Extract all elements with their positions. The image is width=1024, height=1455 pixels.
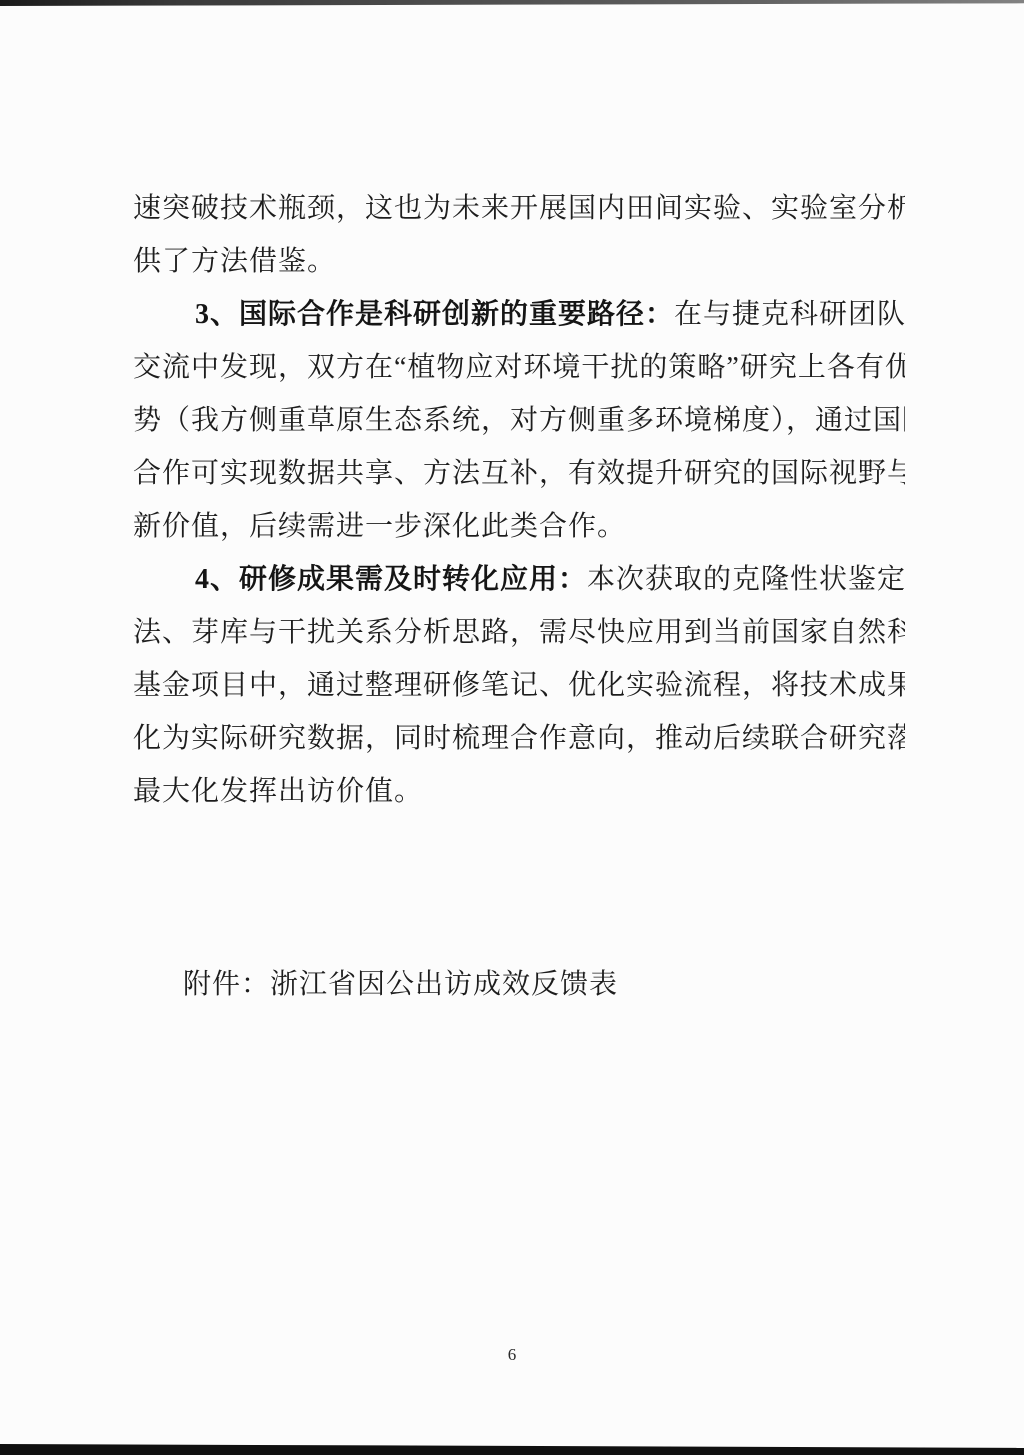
text-line: 3、国际合作是科研创新的重要路径：在与捷克科研团队的	[133, 288, 905, 341]
scan-artifact-bottom-edge	[0, 1444, 1024, 1455]
scan-artifact-top-edge	[0, 0, 1024, 6]
body-text-run: 基金项目中，通过整理研修笔记、优化实验流程，将技术成果转	[133, 670, 905, 701]
body-text-run: 供了方法借鉴。	[133, 246, 336, 277]
body-text-run: 最大化发挥出访价值。	[133, 776, 423, 807]
text-line: 势（我方侧重草原生态系统，对方侧重多环境梯度），通过国际	[133, 394, 905, 447]
body-text-run: 合作可实现数据共享、方法互补，有效提升研究的国际视野与创	[133, 458, 905, 489]
body-text-run: 在与捷克科研团队的	[674, 299, 905, 330]
text-line: 供了方法借鉴。	[133, 235, 905, 288]
text-line: 合作可实现数据共享、方法互补，有效提升研究的国际视野与创	[133, 447, 905, 500]
attachment-line: 附件：浙江省因公出访成效反馈表	[133, 958, 955, 1011]
bold-lead-text: 3、国际合作是科研创新的重要路径：	[195, 299, 674, 330]
body-text-run: 新价值，后续需进一步深化此类合作。	[133, 511, 626, 542]
text-line: 新价值，后续需进一步深化此类合作。	[133, 500, 905, 553]
bold-lead-text: 4、研修成果需及时转化应用：	[195, 564, 587, 595]
text-line: 法、芽库与干扰关系分析思路，需尽快应用到当前国家自然科学	[133, 606, 905, 659]
page-number: 6	[0, 1345, 1024, 1365]
text-line: 基金项目中，通过整理研修笔记、优化实验流程，将技术成果转	[133, 659, 905, 712]
text-line: 4、研修成果需及时转化应用：本次获取的克隆性状鉴定方	[133, 553, 905, 606]
text-line: 交流中发现，双方在“植物应对环境干扰的策略”研究上各有优	[133, 341, 905, 394]
body-text-run: 交流中发现，双方在“植物应对环境干扰的策略”研究上各有优	[133, 352, 905, 383]
text-line: 最大化发挥出访价值。	[133, 765, 905, 818]
document-body: 速突破技术瓶颈，这也为未来开展国内田间实验、实验室分析提 供了方法借鉴。 3、国…	[133, 182, 905, 818]
text-line: 化为实际研究数据，同时梳理合作意向，推动后续联合研究落地，	[133, 712, 905, 765]
body-text-run: 化为实际研究数据，同时梳理合作意向，推动后续联合研究落地，	[133, 723, 905, 754]
text-line: 速突破技术瓶颈，这也为未来开展国内田间实验、实验室分析提	[133, 182, 905, 235]
scanned-document-page: 速突破技术瓶颈，这也为未来开展国内田间实验、实验室分析提 供了方法借鉴。 3、国…	[0, 0, 1024, 1455]
body-text-run: 势（我方侧重草原生态系统，对方侧重多环境梯度），通过国际	[133, 405, 905, 436]
body-text-run: 速突破技术瓶颈，这也为未来开展国内田间实验、实验室分析提	[133, 193, 905, 224]
body-text-run: 法、芽库与干扰关系分析思路，需尽快应用到当前国家自然科学	[133, 617, 905, 648]
body-text-run: 本次获取的克隆性状鉴定方	[587, 564, 905, 595]
